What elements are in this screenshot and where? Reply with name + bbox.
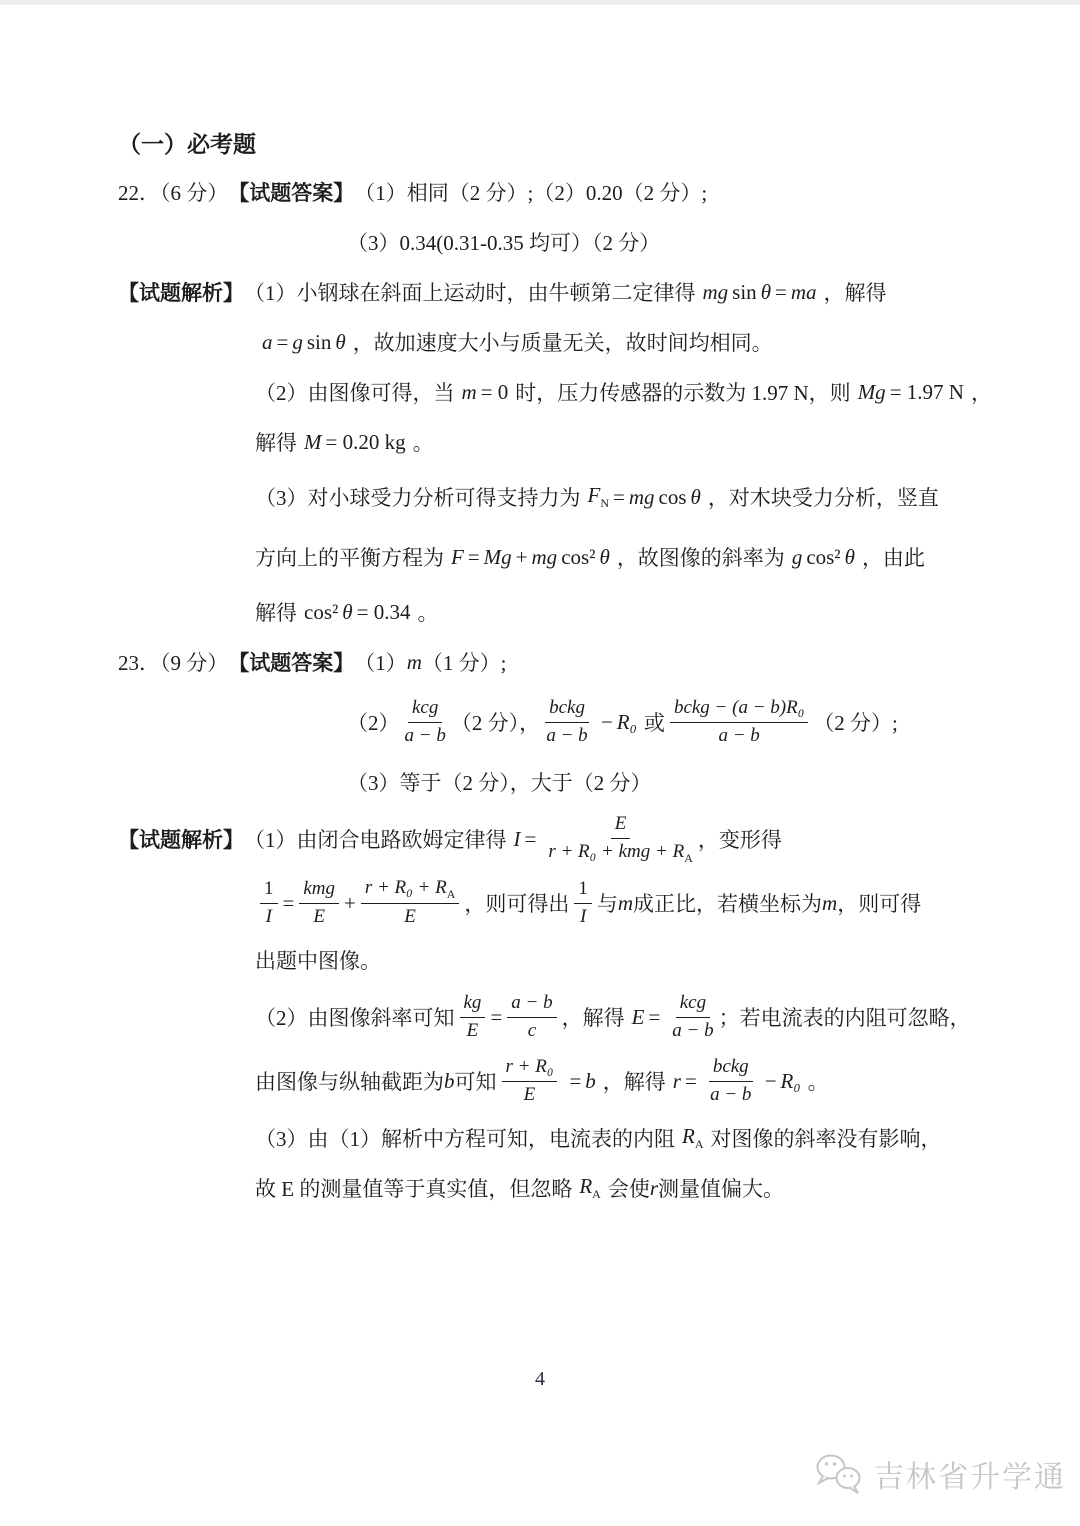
text: 解得: [255, 427, 297, 457]
math-fraction-ab-c: a − b c: [507, 991, 556, 1043]
math-fraction-1-over-i-2: 1 I: [574, 877, 592, 929]
text: （2 分），: [451, 707, 540, 737]
text: （2）由图像可得，当: [255, 377, 455, 407]
formula-equilibrium: F = Mg + mg cos² θ: [449, 545, 612, 570]
formula-acceleration: a = g sin θ: [260, 330, 348, 355]
math-b: b: [444, 1069, 455, 1094]
text: 。: [417, 597, 438, 627]
q23-answer-line-3: （3）等于（2 分），大于（2 分）: [0, 757, 1080, 807]
text: ，则可得出: [464, 888, 569, 918]
q22-answer-text-1: （1）相同（2 分）;（2）0.20（2 分）;: [354, 177, 707, 207]
math-equals: =: [490, 1005, 502, 1030]
q23-solution-line-5: 由图像与纵轴截距为 b 可知 r + R₀ E = b ，解得 r = bckg…: [0, 1049, 1080, 1113]
answer-label: 【试题答案】: [228, 647, 354, 677]
text: 由图像与纵轴截距为: [255, 1066, 444, 1096]
formula-minus-r0: − R₀: [599, 710, 639, 735]
math-r: r: [650, 1176, 658, 1201]
q22-solution-line-6: 方向上的平衡方程为 F = Mg + mg cos² θ ，故图像的斜率为 g …: [0, 527, 1080, 587]
q22-solution-line-7: 解得 cos² θ = 0.34 。: [0, 587, 1080, 637]
math-m: m: [618, 891, 633, 916]
text: 解得: [255, 597, 297, 627]
document-page: （一）必考题 22．（6 分） 【试题答案】 （1）相同（2 分）;（2）0.2…: [0, 0, 1080, 1526]
text: （1）由闭合电路欧姆定律得: [244, 824, 507, 854]
math-fraction-1-over-i: 1 I: [260, 877, 278, 929]
text: 时，压力传感器的示数为 1.97 N，则: [515, 377, 850, 407]
text: （3）由（1）解析中方程可知，电流表的内阻: [255, 1123, 675, 1153]
q22-solution-line-1: 【试题解析】 （1）小钢球在斜面上运动时，由牛顿第二定律得 mg sin θ =…: [0, 267, 1080, 317]
q22-answer-line-2: （3）0.34(0.31-0.35 均可）（2 分）: [0, 217, 1080, 267]
text: 可知: [455, 1066, 497, 1096]
text: 。: [413, 427, 434, 457]
text: ，由此: [862, 542, 925, 572]
q23-number: 23．（9 分）: [118, 647, 228, 677]
text: 与: [597, 888, 618, 918]
math-fraction-kmg-e: kmg E: [299, 877, 339, 929]
text: （1 分）;: [422, 647, 507, 677]
q22-solution-line-2: a = g sin θ ，故加速度大小与质量无关，故时间均相同。: [0, 317, 1080, 367]
solution-label: 【试题解析】: [118, 824, 244, 854]
text: （1）: [354, 647, 407, 677]
math-fraction-kcg: kcg a − b: [405, 696, 446, 748]
text: （3）对小球受力分析可得支持力为: [255, 482, 581, 512]
formula-ammeter-resistance: RA: [680, 1124, 706, 1152]
page-number: 4: [0, 1368, 1080, 1391]
math-plus: +: [344, 891, 356, 916]
math-fraction-kcg-2: kcg a − b: [672, 991, 713, 1043]
math-fraction-resistance-sum: r + R₀ + RA E: [361, 876, 460, 930]
text: 成正比，若横坐标为: [633, 888, 822, 918]
text: ，解得: [824, 277, 887, 307]
q23-solution-line-6: （3）由（1）解析中方程可知，电流表的内阻 RA 对图像的斜率没有影响，: [0, 1113, 1080, 1163]
q23-solution-line-1: 【试题解析】 （1）由闭合电路欧姆定律得 I = E r + R₀ + kmg …: [0, 807, 1080, 871]
formula-mass-value: M = 0.20 kg: [302, 430, 408, 455]
q23-solution-line-7: 故 E 的测量值等于真实值，但忽略 RA 会使 r 测量值偏大。: [0, 1163, 1080, 1213]
text: （2）由图像斜率可知: [255, 1002, 455, 1032]
q23-solution-line-4: （2）由图像斜率可知 kg E = a − b c ，解得 E = kcg a …: [0, 985, 1080, 1049]
text: 出题中图像。: [255, 945, 381, 975]
math-token: RA: [682, 1124, 704, 1152]
math-fraction-combined: bckg − (a − b)R₀ a − b: [670, 696, 808, 748]
text: 方向上的平衡方程为: [255, 542, 444, 572]
math-token: FN: [588, 483, 610, 511]
text: 会使: [608, 1173, 650, 1203]
text: 测量值偏大。: [658, 1173, 784, 1203]
formula-cos-squared: cos² θ = 0.34: [302, 600, 412, 625]
formula-equals-b: = b: [567, 1069, 597, 1094]
math-fraction-kg-e: kg E: [460, 991, 486, 1043]
text: （1）小钢球在斜面上运动时，由牛顿第二定律得: [244, 277, 696, 307]
formula-slope: g cos² θ: [790, 545, 857, 570]
text: ，故图像的斜率为: [617, 542, 785, 572]
text: ，解得: [603, 1066, 666, 1096]
formula-ohm-law: I =: [512, 827, 539, 852]
text: ，对木块受力分析，竖直: [708, 482, 939, 512]
q23-answer-line-2: （2） kcg a − b （2 分）， bckg a − b − R₀ 或 b…: [0, 687, 1080, 757]
text: 。: [808, 1066, 829, 1096]
q22-answer-line-1: 22．（6 分） 【试题答案】 （1）相同（2 分）;（2）0.20（2 分）;: [0, 167, 1080, 217]
text: ，则可得: [837, 888, 921, 918]
math-fraction-bckg: bckg a − b: [545, 696, 589, 748]
section-heading-line: （一）必考题: [0, 117, 1080, 167]
text: ，: [971, 377, 992, 407]
formula-m-zero: m = 0: [460, 380, 511, 405]
text: 对图像的斜率没有影响，: [711, 1123, 942, 1153]
answer-label: 【试题答案】: [228, 177, 354, 207]
q22-solution-line-5: （3）对小球受力分析可得支持力为 FN = mg cos θ ，对木块受力分析，…: [0, 467, 1080, 527]
formula-ammeter-resistance-2: RA: [577, 1174, 603, 1202]
text: （2）: [347, 707, 400, 737]
math-token: RA: [579, 1174, 601, 1202]
text: ；若电流表的内阻可忽略，: [719, 1002, 971, 1032]
formula-minus-r0-2: − R₀: [763, 1069, 803, 1094]
q23-solution-line-3: 出题中图像。: [0, 935, 1080, 985]
text: ，故加速度大小与质量无关，故时间均相同。: [353, 327, 773, 357]
wechat-icon: [814, 1452, 866, 1496]
text: 或: [644, 707, 665, 737]
watermark-text: 吉林省升学通: [874, 1452, 1066, 1496]
text: ，变形得: [698, 824, 782, 854]
formula-normal-force: FN = mg cos θ: [586, 483, 703, 511]
math-equals: =: [283, 891, 295, 916]
q23-answer-line-1: 23．（9 分） 【试题答案】 （1） m （1 分）;: [0, 637, 1080, 687]
formula-emf: E =: [630, 1005, 663, 1030]
math-m: m: [822, 891, 837, 916]
q22-number: 22．（6 分）: [118, 177, 228, 207]
math-m: m: [407, 650, 422, 675]
q22-solution-line-3: （2）由图像可得，当 m = 0 时，压力传感器的示数为 1.97 N，则 Mg…: [0, 367, 1080, 417]
q22-answer-text-2: （3）0.34(0.31-0.35 均可）（2 分）: [347, 227, 660, 257]
text: （2 分）;: [813, 707, 898, 737]
formula-r-equals: r =: [671, 1069, 699, 1094]
text: ，解得: [562, 1002, 625, 1032]
section-heading: （一）必考题: [118, 126, 256, 159]
text: 故 E 的测量值等于真实值，但忽略: [255, 1173, 572, 1203]
math-fraction-intercept: r + R₀ E: [502, 1055, 558, 1107]
q22-solution-line-4: 解得 M = 0.20 kg 。: [0, 417, 1080, 467]
formula-newton-law: mg sin θ = ma: [701, 280, 819, 305]
q23-answer-text-3: （3）等于（2 分），大于（2 分）: [347, 767, 652, 797]
q23-solution-line-2: 1 I = kmg E + r + R₀ + RA E ，则可得出 1 I 与 …: [0, 871, 1080, 935]
math-fraction-bckg-2: bckg a − b: [709, 1055, 753, 1107]
solution-label: 【试题解析】: [118, 277, 244, 307]
formula-mg-value: Mg = 1.97 N: [856, 380, 966, 405]
watermark: 吉林省升学通: [814, 1452, 1066, 1496]
math-fraction-current: E r + R₀ + kmg + RA: [548, 812, 693, 866]
